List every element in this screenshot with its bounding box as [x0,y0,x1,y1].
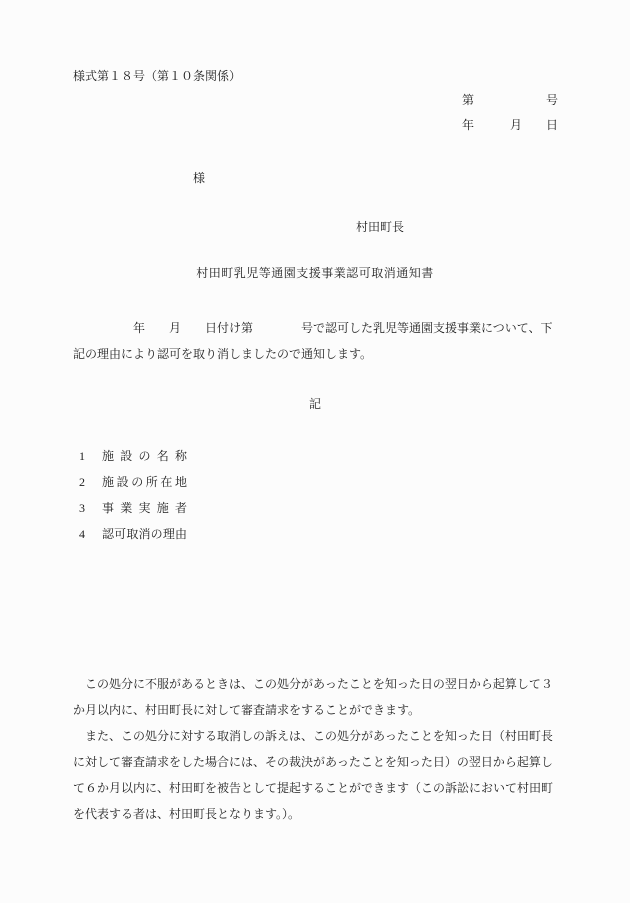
item-label: 認可取消の理由 [102,528,187,540]
list-item: 2施設の所在地 [79,476,187,488]
list-item: 3事業実施者 [79,502,187,514]
appeal-paragraph: また、この処分に対する取消しの訴えは、この処分があったことを知った日（村田町長に… [73,723,554,827]
body-paragraph: 年 月 日付け第 号で認可した乳児等通園支援事業について、下記の理由により認可を… [73,315,554,367]
record-heading: 記 [0,398,630,410]
item-number: 3 [79,502,102,514]
item-label: 施設の所在地 [102,476,187,488]
list-item: 1施設の名称 [79,450,187,462]
appeal-notice: この処分に不服があるときは、この処分があったことを知った日の翌日から起算して３か… [73,671,554,827]
form-number: 様式第１８号（第１０条関係） [73,70,241,82]
document-title: 村田町乳児等通園支援事業認可取消通知書 [0,267,630,279]
appeal-paragraph: この処分に不服があるときは、この処分があったことを知った日の翌日から起算して３か… [73,671,554,723]
list-item: 4認可取消の理由 [79,528,187,540]
item-label: 事業実施者 [102,502,187,514]
item-number: 4 [79,528,102,540]
item-label: 施設の名称 [102,450,187,462]
item-number: 2 [79,476,102,488]
item-number: 1 [79,450,102,462]
addressee-honorific: 様 [193,172,205,184]
date-line: 年 月 日 [462,119,558,131]
document-page: 様式第１８号（第１０条関係） 第 号 年 月 日 様 村田町長 村田町乳児等通園… [0,0,630,903]
sender-name: 村田町長 [356,221,404,233]
document-number-line: 第 号 [462,94,558,106]
